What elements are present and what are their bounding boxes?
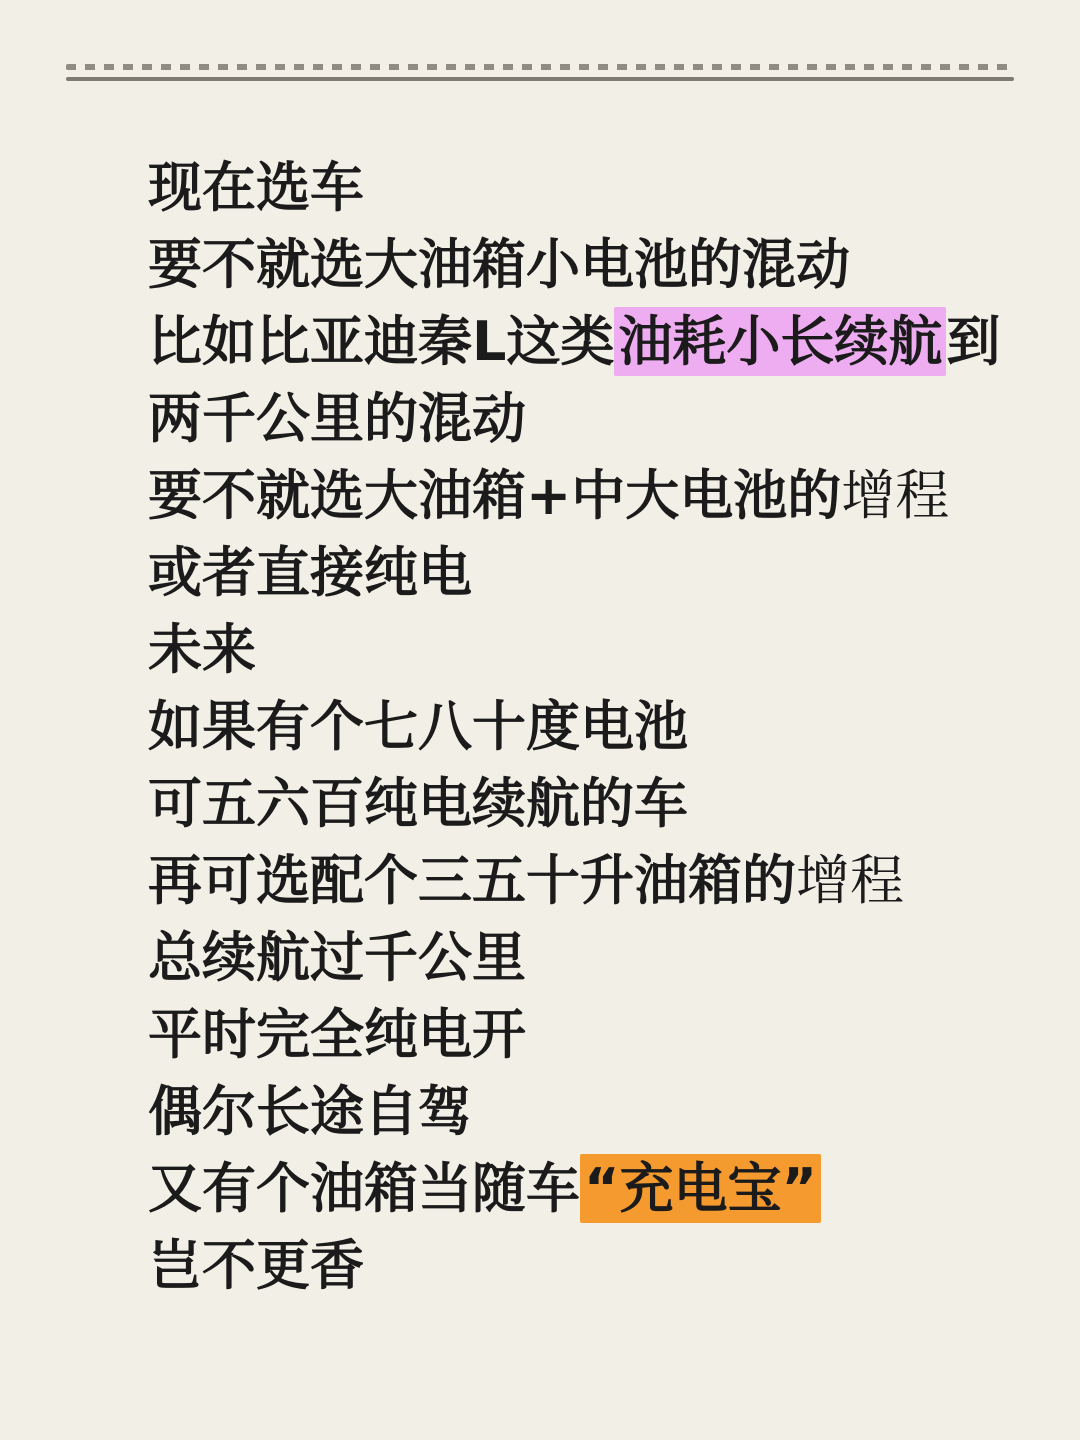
text-segment: 要不就选大油箱+中大电池的 [148, 464, 841, 527]
text-segment: 可五六百纯电续航的车 [148, 772, 688, 835]
text-segment: 增程 [796, 849, 904, 912]
text-segment: 如果有个七八十度电池 [148, 695, 688, 758]
text-line: 平时完全纯电开 [148, 996, 1028, 1073]
text-segment: 再可选配个三五十升油箱的 [148, 849, 796, 912]
text-line: 岂不更香 [148, 1227, 1028, 1304]
post-page: 现在选车要不就选大油箱小电池的混动比如比亚迪秦L这类油耗小长续航到两千公里的混动… [0, 0, 1080, 1440]
text-line: 要不就选大油箱+中大电池的增程 [148, 457, 1028, 534]
highlighted-text: “充电宝” [580, 1154, 821, 1223]
text-segment: 或者直接纯电 [148, 541, 472, 604]
text-segment: 平时完全纯电开 [148, 1003, 526, 1066]
solid-rule [66, 77, 1014, 81]
text-line: 现在选车 [148, 149, 1028, 226]
text-line: 再可选配个三五十升油箱的增程 [148, 842, 1028, 919]
dashed-rule [66, 64, 1014, 70]
text-line: 总续航过千公里 [148, 919, 1028, 996]
text-line: 或者直接纯电 [148, 534, 1028, 611]
text-line: 如果有个七八十度电池 [148, 688, 1028, 765]
text-line: 可五六百纯电续航的车 [148, 765, 1028, 842]
text-segment: 要不就选大油箱小电池的混动 [148, 233, 850, 296]
text-segment: 又有个油箱当随车 [148, 1157, 580, 1220]
text-line: 偶尔长途自驾 [148, 1073, 1028, 1150]
text-line: 两千公里的混动 [148, 380, 1028, 457]
text-segment: 偶尔长途自驾 [148, 1080, 472, 1143]
top-divider [66, 64, 1014, 81]
text-line: 比如比亚迪秦L这类油耗小长续航到 [148, 303, 1028, 380]
text-segment: 到 [946, 310, 1000, 373]
text-segment: 未来 [148, 618, 256, 681]
text-segment: 现在选车 [148, 156, 364, 219]
text-segment: 总续航过千公里 [148, 926, 526, 989]
text-segment: 增程 [841, 464, 949, 527]
text-line: 未来 [148, 611, 1028, 688]
text-line: 要不就选大油箱小电池的混动 [148, 226, 1028, 303]
text-line: 又有个油箱当随车“充电宝” [148, 1150, 1028, 1227]
text-segment: 比如比亚迪秦L这类 [148, 310, 614, 373]
post-body: 现在选车要不就选大油箱小电池的混动比如比亚迪秦L这类油耗小长续航到两千公里的混动… [148, 149, 1028, 1304]
highlighted-text: 油耗小长续航 [614, 307, 946, 376]
text-segment: 岂不更香 [148, 1234, 364, 1297]
text-segment: 两千公里的混动 [148, 387, 526, 450]
